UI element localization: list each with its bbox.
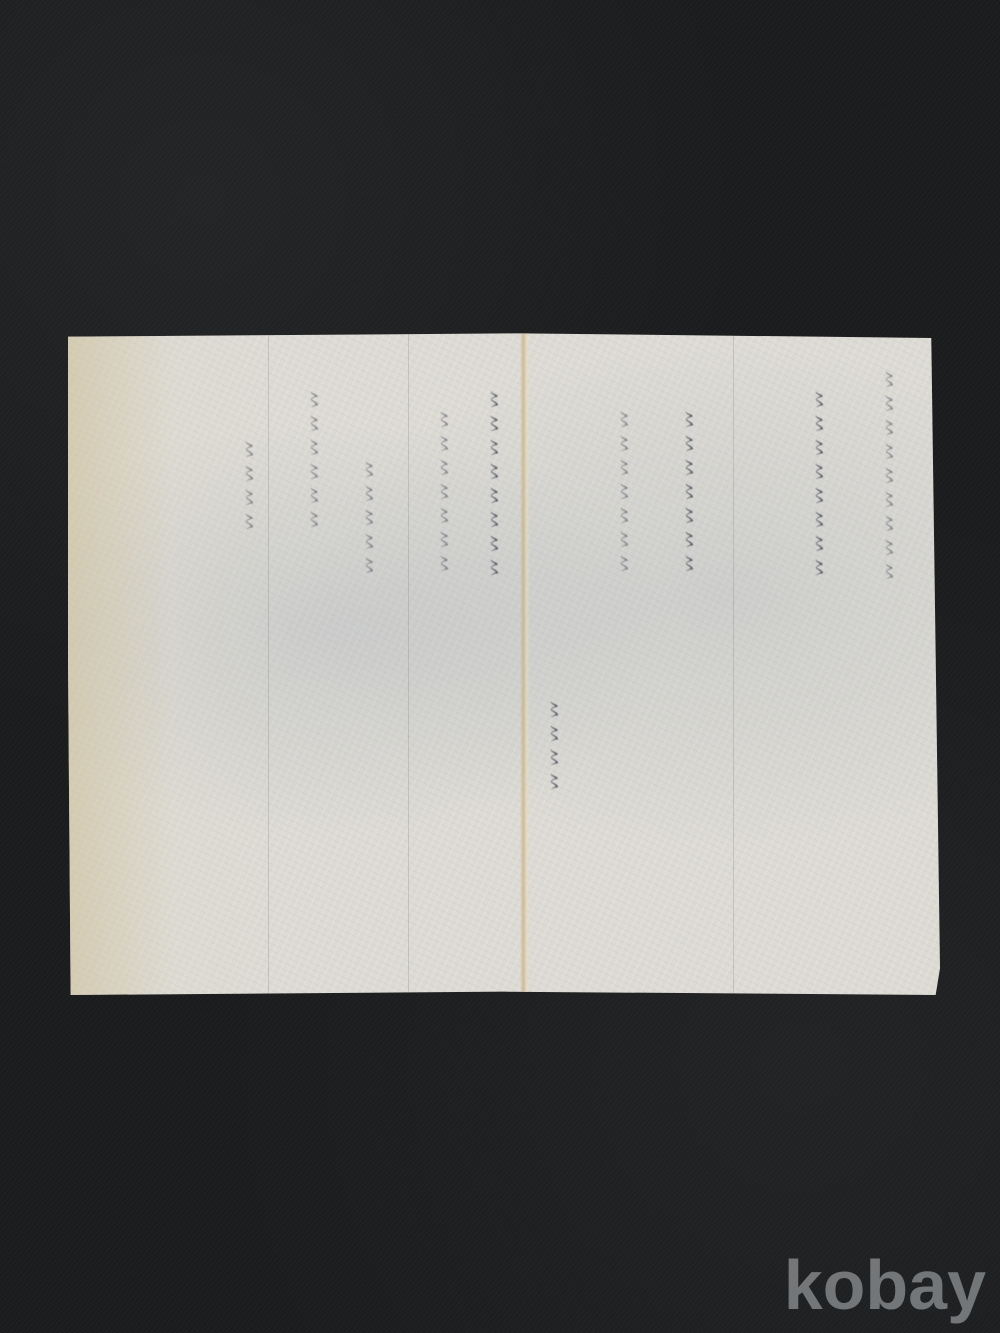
script-column: 〻〻〻〻〻〻〻〻 (483, 390, 505, 582)
kobay-watermark: kobay (784, 1245, 986, 1325)
script-column: 〻〻〻〻〻〻〻〻〻 (878, 370, 900, 586)
column-rule (733, 330, 734, 995)
script-column: 〻〻〻〻〻〻〻 (433, 410, 455, 578)
script-column: 〻〻〻〻 (543, 700, 565, 796)
script-column: 〻〻〻〻〻〻〻〻 (808, 390, 830, 582)
script-column: 〻〻〻〻〻〻 (303, 390, 325, 534)
script-column: 〻〻〻〻〻〻〻 (613, 410, 635, 578)
center-fold (520, 330, 530, 995)
script-column: 〻〻〻〻〻 (358, 460, 380, 580)
script-column: 〻〻〻〻 (238, 440, 260, 536)
document-paper: 〻〻〻〻 〻〻〻〻〻〻 〻〻〻〻〻 〻〻〻〻〻〻〻 〻〻〻〻〻〻〻〻 〻〻〻〻 … (68, 330, 940, 995)
column-rule (408, 330, 409, 995)
column-rule (268, 330, 269, 995)
script-column: 〻〻〻〻〻〻〻 (678, 410, 700, 578)
